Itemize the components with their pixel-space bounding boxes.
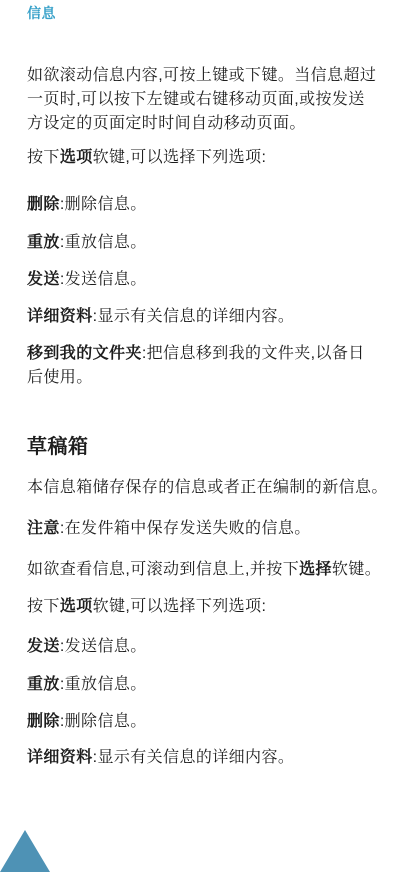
para-draft-box-desc: 本信息箱储存保存的信息或者正在编制的新信息。 <box>27 476 388 500</box>
body-text: :重放信息。 <box>60 234 147 251</box>
emphasized-text: 选项 <box>60 598 93 615</box>
body-text: 后使用。 <box>27 369 93 386</box>
option-delete-2: 删除:删除信息。 <box>27 710 147 734</box>
text-line: 发送:发送信息。 <box>27 268 147 292</box>
body-text: 如欲滚动信息内容,可按上键或下键。当信息超过 <box>27 67 376 84</box>
para-note: 注意:在发件箱中保存发送失败的信息。 <box>27 517 311 541</box>
option-replay: 重放:重放信息。 <box>27 231 147 255</box>
para-view-message: 如欲查看信息,可滚动到信息上,并按下选择软键。 <box>27 558 381 582</box>
body-text: :删除信息。 <box>60 713 147 730</box>
text-line: 注意:在发件箱中保存发送失败的信息。 <box>27 517 311 541</box>
para-scroll-message: 如欲滚动信息内容,可按上键或下键。当信息超过一页时,可以按下左键或右键移动页面,… <box>27 64 376 136</box>
body-text: 一页时,可以按下左键或右键移动页面,或按发送 <box>27 91 365 108</box>
body-text: 按下 <box>27 598 60 615</box>
emphasized-text: 发送 <box>27 638 60 655</box>
emphasized-text: 重放 <box>27 234 60 251</box>
body-text: 按下 <box>27 149 60 166</box>
text-line: 重放:重放信息。 <box>27 673 147 697</box>
emphasized-text: 详细资料 <box>27 308 93 325</box>
text-line: 按下选项软键,可以选择下列选项: <box>27 595 266 619</box>
para-press-options-softkey-2: 按下选项软键,可以选择下列选项: <box>27 595 266 619</box>
text-line: 一页时,可以按下左键或右键移动页面,或按发送 <box>27 88 376 112</box>
text-line: 详细资料:显示有关信息的详细内容。 <box>27 746 294 770</box>
heading-draft-box: 草稿箱 <box>27 434 89 460</box>
body-text: 本信息箱储存保存的信息或者正在编制的新信息。 <box>27 479 388 496</box>
text-line: 按下选项软键,可以选择下列选项: <box>27 146 266 170</box>
body-text: :重放信息。 <box>60 676 147 693</box>
text-line: 如欲查看信息,可滚动到信息上,并按下选择软键。 <box>27 558 381 582</box>
emphasized-text: 选项 <box>60 149 93 166</box>
body-text: :发送信息。 <box>60 638 147 655</box>
body-text: :发送信息。 <box>60 271 147 288</box>
text-line: 重放:重放信息。 <box>27 231 147 255</box>
body-text: 如欲查看信息,可滚动到信息上,并按下 <box>27 561 299 578</box>
body-text: 软键,可以选择下列选项: <box>93 598 267 615</box>
option-delete: 删除:删除信息。 <box>27 193 147 217</box>
emphasized-text: 详细资料 <box>27 749 93 766</box>
text-line: 后使用。 <box>27 366 365 390</box>
emphasized-text: 注意 <box>27 520 60 537</box>
body-text: :在发件箱中保存发送失败的信息。 <box>60 520 311 537</box>
body-text: 软键。 <box>332 561 381 578</box>
text-line: 发送:发送信息。 <box>27 635 147 659</box>
content-blocks: 如欲滚动信息内容,可按上键或下键。当信息超过一页时,可以按下左键或右键移动页面,… <box>0 0 415 872</box>
option-replay-2: 重放:重放信息。 <box>27 673 147 697</box>
text-line: 草稿箱 <box>27 434 89 460</box>
option-move-to-my-folder: 移到我的文件夹:把信息移到我的文件夹,以备日后使用。 <box>27 342 365 390</box>
text-line: 删除:删除信息。 <box>27 710 147 734</box>
option-send: 发送:发送信息。 <box>27 268 147 292</box>
text-line: 方设定的页面定时时间自动移动页面。 <box>27 112 376 136</box>
text-line: 本信息箱储存保存的信息或者正在编制的新信息。 <box>27 476 388 500</box>
body-text: :显示有关信息的详细内容。 <box>93 308 295 325</box>
emphasized-text: 重放 <box>27 676 60 693</box>
text-line: 详细资料:显示有关信息的详细内容。 <box>27 305 294 329</box>
emphasized-text: 选择 <box>299 561 332 578</box>
para-press-options-softkey: 按下选项软键,可以选择下列选项: <box>27 146 266 170</box>
page-corner-triangle <box>0 830 50 872</box>
text-line: 如欲滚动信息内容,可按上键或下键。当信息超过 <box>27 64 376 88</box>
body-text: :把信息移到我的文件夹,以备日 <box>142 345 365 362</box>
option-send-2: 发送:发送信息。 <box>27 635 147 659</box>
body-text: :删除信息。 <box>60 196 147 213</box>
option-details: 详细资料:显示有关信息的详细内容。 <box>27 305 294 329</box>
text-line: 删除:删除信息。 <box>27 193 147 217</box>
body-text: 方设定的页面定时时间自动移动页面。 <box>27 115 306 132</box>
manual-page: 信息 如欲滚动信息内容,可按上键或下键。当信息超过一页时,可以按下左键或右键移动… <box>0 0 415 872</box>
body-text: :显示有关信息的详细内容。 <box>93 749 295 766</box>
emphasized-text: 草稿箱 <box>27 436 89 458</box>
emphasized-text: 删除 <box>27 196 60 213</box>
text-line: 移到我的文件夹:把信息移到我的文件夹,以备日 <box>27 342 365 366</box>
option-details-2: 详细资料:显示有关信息的详细内容。 <box>27 746 294 770</box>
body-text: 软键,可以选择下列选项: <box>93 149 267 166</box>
emphasized-text: 发送 <box>27 271 60 288</box>
emphasized-text: 移到我的文件夹 <box>27 345 142 362</box>
emphasized-text: 删除 <box>27 713 60 730</box>
